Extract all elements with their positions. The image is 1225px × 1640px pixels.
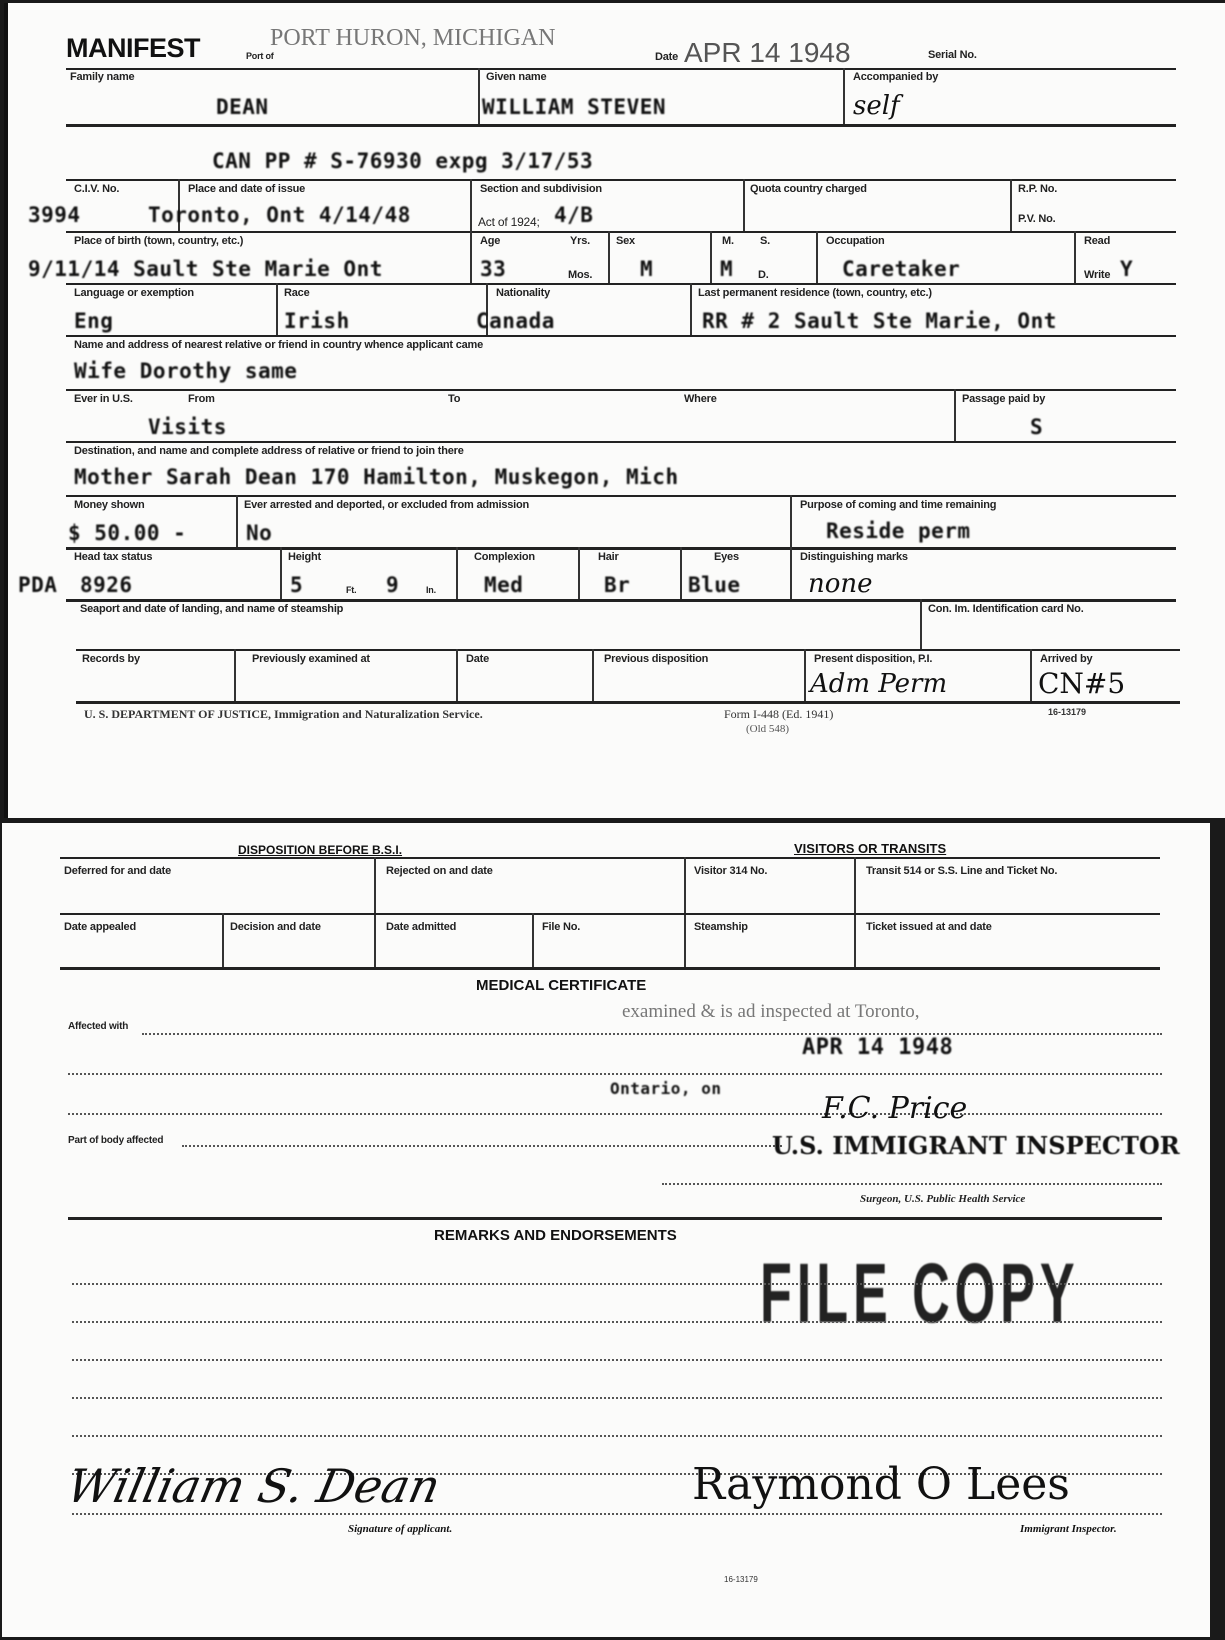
- residence-label: Last permanent residence (town, country,…: [698, 287, 932, 299]
- place-issue-label: Place and date of issue: [188, 183, 305, 195]
- occupation-label: Occupation: [826, 235, 885, 247]
- accompanied-label: Accompanied by: [853, 71, 938, 83]
- rp-label: R.P. No.: [1018, 183, 1057, 195]
- inspector-signature: F.C. Price: [822, 1091, 967, 1126]
- given-name-label: Given name: [486, 71, 546, 83]
- back-code: 16-13179: [724, 1575, 758, 1584]
- section-value: 4/B: [554, 203, 593, 227]
- sex-label: Sex: [616, 235, 635, 247]
- serial-label: Serial No.: [928, 49, 977, 61]
- act-label: Act of 1924;: [478, 215, 540, 229]
- nationality-value: Canada: [476, 309, 555, 333]
- stamp-line2: Ontario, on: [610, 1079, 721, 1098]
- eyes-label: Eyes: [714, 551, 739, 563]
- stamp-date: APR 14 1948: [802, 1035, 953, 1060]
- eyes-value: Blue: [688, 573, 741, 597]
- height-ft-value: 5: [290, 573, 303, 597]
- manifest-title: MANIFEST: [66, 33, 200, 64]
- footer-code: 16-13179: [1048, 707, 1086, 717]
- money-value: $ 50.00 -: [68, 521, 186, 545]
- complexion-value: Med: [484, 573, 523, 597]
- ever-us-value: Visits: [148, 415, 227, 439]
- arrested-label: Ever arrested and deported, or excluded …: [244, 499, 529, 511]
- pv-label: P.V. No.: [1018, 213, 1056, 225]
- stamp-line1: examined & is ad inspected at Toronto,: [622, 1001, 920, 1023]
- relative-value: Wife Dorothy same: [74, 359, 297, 383]
- transit-label: Transit 514 or S.S. Line and Ticket No.: [866, 865, 1066, 877]
- complexion-label: Complexion: [474, 551, 535, 563]
- money-label: Money shown: [74, 499, 145, 511]
- file-copy-stamp: FILE COPY: [760, 1245, 1080, 1342]
- write-label: Write: [1084, 269, 1110, 281]
- language-value: Eng: [74, 309, 113, 333]
- arrived-value: CN#5: [1038, 667, 1125, 700]
- manifest-card-front: MANIFEST Port of PORT HURON, MICHIGAN Da…: [4, 3, 1225, 818]
- purpose-label: Purpose of coming and time remaining: [800, 499, 996, 511]
- footer-dept: U. S. DEPARTMENT OF JUSTICE, Immigration…: [84, 707, 483, 722]
- arrived-label: Arrived by: [1040, 653, 1092, 665]
- arrested-value: No: [246, 521, 272, 545]
- head-tax-label: Head tax status: [74, 551, 152, 563]
- seaport-label: Seaport and date of landing, and name of…: [80, 603, 343, 615]
- date-value: APR 14 1948: [684, 37, 851, 69]
- inspector-title-stamp: U.S. IMMIGRANT INSPECTOR: [772, 1131, 1180, 1160]
- visitor-label: Visitor 314 No.: [694, 865, 767, 877]
- m-label: M.: [722, 235, 734, 247]
- affected-label: Affected with: [68, 1021, 128, 1032]
- read-write-value: Y: [1120, 257, 1133, 281]
- medical-title: MEDICAL CERTIFICATE: [476, 977, 646, 994]
- ft-label: Ft.: [346, 585, 356, 595]
- appealed-label: Date appealed: [64, 921, 136, 933]
- prev-disp-label: Previous disposition: [604, 653, 708, 665]
- read-label: Read: [1084, 235, 1110, 247]
- age-label: Age: [480, 235, 500, 247]
- family-name-value: DEAN: [216, 95, 269, 119]
- passage-value: S: [1030, 415, 1043, 439]
- where-label: Where: [684, 393, 717, 405]
- applicant-signature: William S. Dean: [62, 1459, 445, 1513]
- height-label: Height: [288, 551, 321, 563]
- port-value: PORT HURON, MICHIGAN: [270, 25, 555, 52]
- residence-value: RR # 2 Sault Ste Marie, Ont: [702, 309, 1057, 333]
- nationality-label: Nationality: [496, 287, 550, 299]
- purpose-value: Reside perm: [826, 519, 971, 543]
- destination-label: Destination, and name and complete addre…: [74, 445, 464, 457]
- race-value: Irish: [284, 309, 350, 333]
- deferred-label: Deferred for and date: [64, 865, 171, 877]
- hair-value: Br: [604, 573, 630, 597]
- date-label: Date: [655, 51, 678, 63]
- language-label: Language or exemption: [74, 287, 194, 299]
- height-in-value: 9: [386, 573, 399, 597]
- decision-label: Decision and date: [230, 921, 321, 933]
- ever-us-label: Ever in U.S.: [74, 393, 133, 405]
- steamship-label: Steamship: [694, 921, 748, 933]
- head-tax-value: 8926: [80, 573, 133, 597]
- con-id-label: Con. Im. Identification card No.: [928, 603, 1084, 615]
- manifest-card-back: DISPOSITION BEFORE B.S.I. VISITORS OR TR…: [2, 823, 1210, 1637]
- rejected-label: Rejected on and date: [386, 865, 493, 877]
- admitted-label: Date admitted: [386, 921, 456, 933]
- passage-label: Passage paid by: [962, 393, 1045, 405]
- accompanied-value: self: [853, 91, 900, 121]
- marks-value: none: [808, 569, 873, 599]
- destination-value: Mother Sarah Dean 170 Hamilton, Muskegon…: [74, 465, 679, 489]
- remarks-title: REMARKS AND ENDORSEMENTS: [434, 1227, 677, 1244]
- applicant-signature-label: Signature of applicant.: [348, 1523, 452, 1535]
- file-label: File No.: [542, 921, 580, 933]
- to-label: To: [448, 393, 460, 405]
- hair-label: Hair: [598, 551, 619, 563]
- disposition-title: DISPOSITION BEFORE B.S.I.: [238, 843, 402, 857]
- family-name-label: Family name: [70, 71, 134, 83]
- in-label: In.: [426, 585, 436, 595]
- s-label: S.: [760, 235, 770, 247]
- divider: [66, 68, 1176, 70]
- date2-label: Date: [466, 653, 489, 665]
- ticket-label: Ticket issued at and date: [866, 921, 992, 933]
- head-tax-prefix: PDA: [18, 573, 57, 597]
- yrs-label: Yrs.: [570, 235, 590, 247]
- records-label: Records by: [82, 653, 140, 665]
- prev-exam-label: Previously examined at: [252, 653, 370, 665]
- age-value: 33: [480, 257, 506, 281]
- occupation-value: Caretaker: [842, 257, 960, 281]
- race-label: Race: [284, 287, 310, 299]
- mos-label: Mos.: [568, 269, 592, 281]
- civ-value: 3994: [28, 203, 81, 227]
- marks-label: Distinguishing marks: [800, 551, 908, 563]
- marital-value: M: [720, 257, 733, 281]
- present-disp-value: Adm Perm: [810, 669, 947, 699]
- birth-value: 9/11/14 Sault Ste Marie Ont: [28, 257, 383, 281]
- place-issue-value: Toronto, Ont 4/14/48: [148, 203, 411, 227]
- inspector2-signature: Raymond O Lees: [692, 1459, 1070, 1510]
- sex-value: M: [640, 257, 653, 281]
- birth-label: Place of birth (town, country, etc.): [74, 235, 243, 247]
- surgeon-label: Surgeon, U.S. Public Health Service: [860, 1193, 1025, 1205]
- present-disp-label: Present disposition, P.I.: [814, 653, 932, 665]
- section-label: Section and subdivision: [480, 183, 602, 195]
- passport-line: CAN PP # S-76930 expg 3/17/53: [212, 149, 593, 173]
- from-label: From: [188, 393, 215, 405]
- port-label: Port of: [246, 51, 274, 61]
- footer-old: (Old 548): [746, 723, 789, 735]
- footer-form: Form I-448 (Ed. 1941): [724, 707, 833, 722]
- d-label: D.: [758, 269, 769, 281]
- relative-label: Name and address of nearest relative or …: [74, 339, 483, 351]
- civ-label: C.I.V. No.: [74, 183, 119, 195]
- inspector2-label: Immigrant Inspector.: [1020, 1523, 1117, 1535]
- given-name-value: WILLIAM STEVEN: [482, 95, 666, 119]
- body-part-label: Part of body affected: [68, 1135, 163, 1146]
- quota-label: Quota country charged: [750, 183, 867, 195]
- visitors-title: VISITORS OR TRANSITS: [794, 841, 946, 856]
